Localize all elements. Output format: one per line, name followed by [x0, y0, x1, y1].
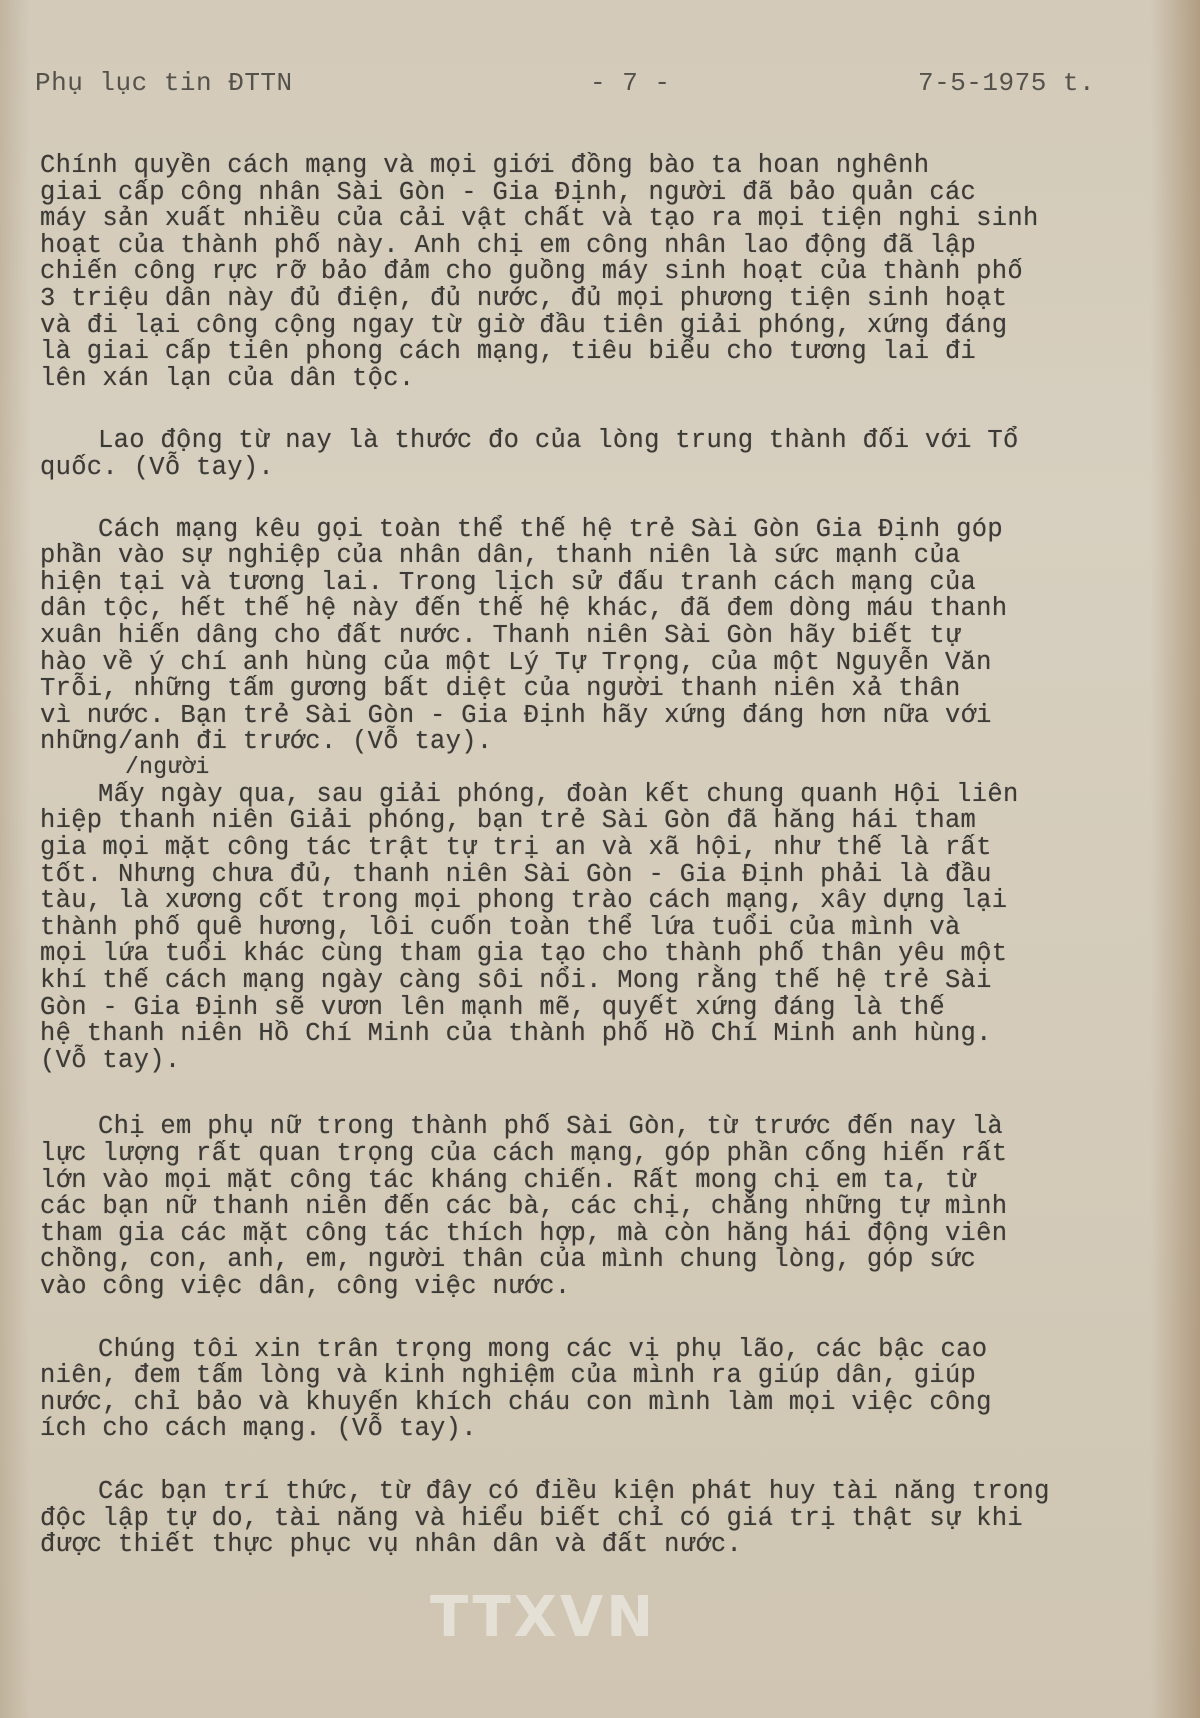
- text-line: hoạt của thành phố này. Anh chị em công …: [40, 233, 1120, 260]
- header-source: Phụ lục tin ĐTTN: [35, 68, 293, 98]
- text-line: giai cấp công nhân Sài Gòn - Gia Định, n…: [40, 180, 1120, 207]
- text-line: nước, chỉ bảo và khuyến khích cháu con m…: [40, 1390, 1120, 1417]
- text-line: Chị em phụ nữ trong thành phố Sài Gòn, t…: [40, 1114, 1120, 1141]
- text-line: gia mọi mặt công tác trật tự trị an và x…: [40, 835, 1120, 862]
- text-line: Chính quyền cách mạng và mọi giới đồng b…: [40, 153, 1120, 180]
- paragraph-women: Chị em phụ nữ trong thành phố Sài Gòn, t…: [40, 1114, 1120, 1300]
- text-line: lực lượng rất quan trọng của cách mạng, …: [40, 1141, 1120, 1168]
- text-line: các bạn nữ thanh niên đến các bà, các ch…: [40, 1194, 1120, 1221]
- text-line: Các bạn trí thức, từ đây có điều kiện ph…: [40, 1479, 1120, 1506]
- text-line: lớn vào mọi mặt công tác kháng chiến. Rấ…: [40, 1168, 1120, 1195]
- text-line: Trỗi, những tấm gương bất diệt của người…: [40, 676, 1120, 703]
- text-line: 3 triệu dân này đủ điện, đủ nước, đủ mọi…: [40, 286, 1120, 313]
- text-line: vì nước. Bạn trẻ Sài Gòn - Gia Định hãy …: [40, 703, 1120, 730]
- page-header: Phụ lục tin ĐTTN - 7 - 7-5-1975 t.: [35, 68, 1200, 108]
- text-line: hào về ý chí anh hùng của một Lý Tự Trọn…: [40, 650, 1120, 677]
- paragraph-labor: Lao động từ nay là thước đo của lòng tru…: [40, 428, 1120, 481]
- text-line: chiến công rực rỡ bảo đảm cho guồng máy …: [40, 259, 1120, 286]
- text-line: hệ thanh niên Hồ Chí Minh của thành phố …: [40, 1021, 1120, 1048]
- text-line: hiệp thanh niên Giải phóng, bạn trẻ Sài …: [40, 808, 1120, 835]
- text-line: và đi lại công cộng ngay từ giờ đầu tiên…: [40, 313, 1120, 340]
- document-body: Chính quyền cách mạng và mọi giới đồng b…: [40, 153, 1120, 1593]
- text-line: vào công việc dân, công việc nước.: [40, 1274, 1120, 1301]
- text-line: xuân hiến dâng cho đất nước. Thanh niên …: [40, 623, 1120, 650]
- document-page: Phụ lục tin ĐTTN - 7 - 7-5-1975 t. Chính…: [0, 0, 1200, 1718]
- paragraph-young-people: Mấy ngày qua, sau giải phóng, đoàn kết c…: [40, 782, 1120, 1075]
- paragraph-workers: Chính quyền cách mạng và mọi giới đồng b…: [40, 153, 1120, 392]
- text-line: Lao động từ nay là thước đo của lòng tru…: [40, 428, 1120, 455]
- text-line: phần vào sự nghiệp của nhân dân, thanh n…: [40, 543, 1120, 570]
- paragraph-youth: Cách mạng kêu gọi toàn thể thế hệ trẻ Sà…: [40, 517, 1120, 778]
- text-line: tham gia các mặt công tác thích hợp, mà …: [40, 1221, 1120, 1248]
- text-line: tàu, là xương cốt trong mọi phong trào c…: [40, 888, 1120, 915]
- text-line: máy sản xuất nhiều của cải vật chất và t…: [40, 206, 1120, 233]
- text-line: độc lập tự do, tài năng và hiểu biết chỉ…: [40, 1506, 1120, 1533]
- text-line: niên, đem tấm lòng và kinh nghiệm của mì…: [40, 1363, 1120, 1390]
- paragraph-elders: Chúng tôi xin trân trọng mong các vị phụ…: [40, 1337, 1120, 1443]
- text-line: mọi lứa tuổi khác cùng tham gia tạo cho …: [40, 941, 1120, 968]
- text-line: quốc. (Vỗ tay).: [40, 455, 1120, 482]
- header-date: 7-5-1975 t.: [918, 68, 1095, 98]
- text-line: ích cho cách mạng. (Vỗ tay).: [40, 1416, 1120, 1443]
- paragraph-intellectuals: Các bạn trí thức, từ đây có điều kiện ph…: [40, 1479, 1120, 1559]
- page-number: - 7 -: [590, 68, 671, 98]
- text-line: là giai cấp tiên phong cách mạng, tiêu b…: [40, 339, 1120, 366]
- text-line: được thiết thực phục vụ nhân dân và đất …: [40, 1532, 1120, 1559]
- text-line: Gòn - Gia Định sẽ vươn lên mạnh mẽ, quyế…: [40, 995, 1120, 1022]
- text-line: (Vỗ tay).: [40, 1048, 1120, 1075]
- text-line: lên xán lạn của dân tộc.: [40, 366, 1120, 393]
- text-line: những/anh đi trước. (Vỗ tay).: [40, 729, 1120, 756]
- handwritten-correction: /người: [40, 756, 1120, 778]
- text-line: thành phố quê hương, lôi cuốn toàn thể l…: [40, 915, 1120, 942]
- text-line: hiện tại và tương lai. Trong lịch sử đấu…: [40, 570, 1120, 597]
- text-line: tốt. Nhưng chưa đủ, thanh niên Sài Gòn -…: [40, 862, 1120, 889]
- agency-watermark: TTXVN: [430, 1585, 656, 1650]
- text-line: chồng, con, anh, em, người thân của mình…: [40, 1247, 1120, 1274]
- text-line: Mấy ngày qua, sau giải phóng, đoàn kết c…: [40, 782, 1120, 809]
- text-line: Cách mạng kêu gọi toàn thể thế hệ trẻ Sà…: [40, 517, 1120, 544]
- text-line: khí thế cách mạng ngày càng sôi nổi. Mon…: [40, 968, 1120, 995]
- text-line: dân tộc, hết thế hệ này đến thế hệ khác,…: [40, 596, 1120, 623]
- text-line: Chúng tôi xin trân trọng mong các vị phụ…: [40, 1337, 1120, 1364]
